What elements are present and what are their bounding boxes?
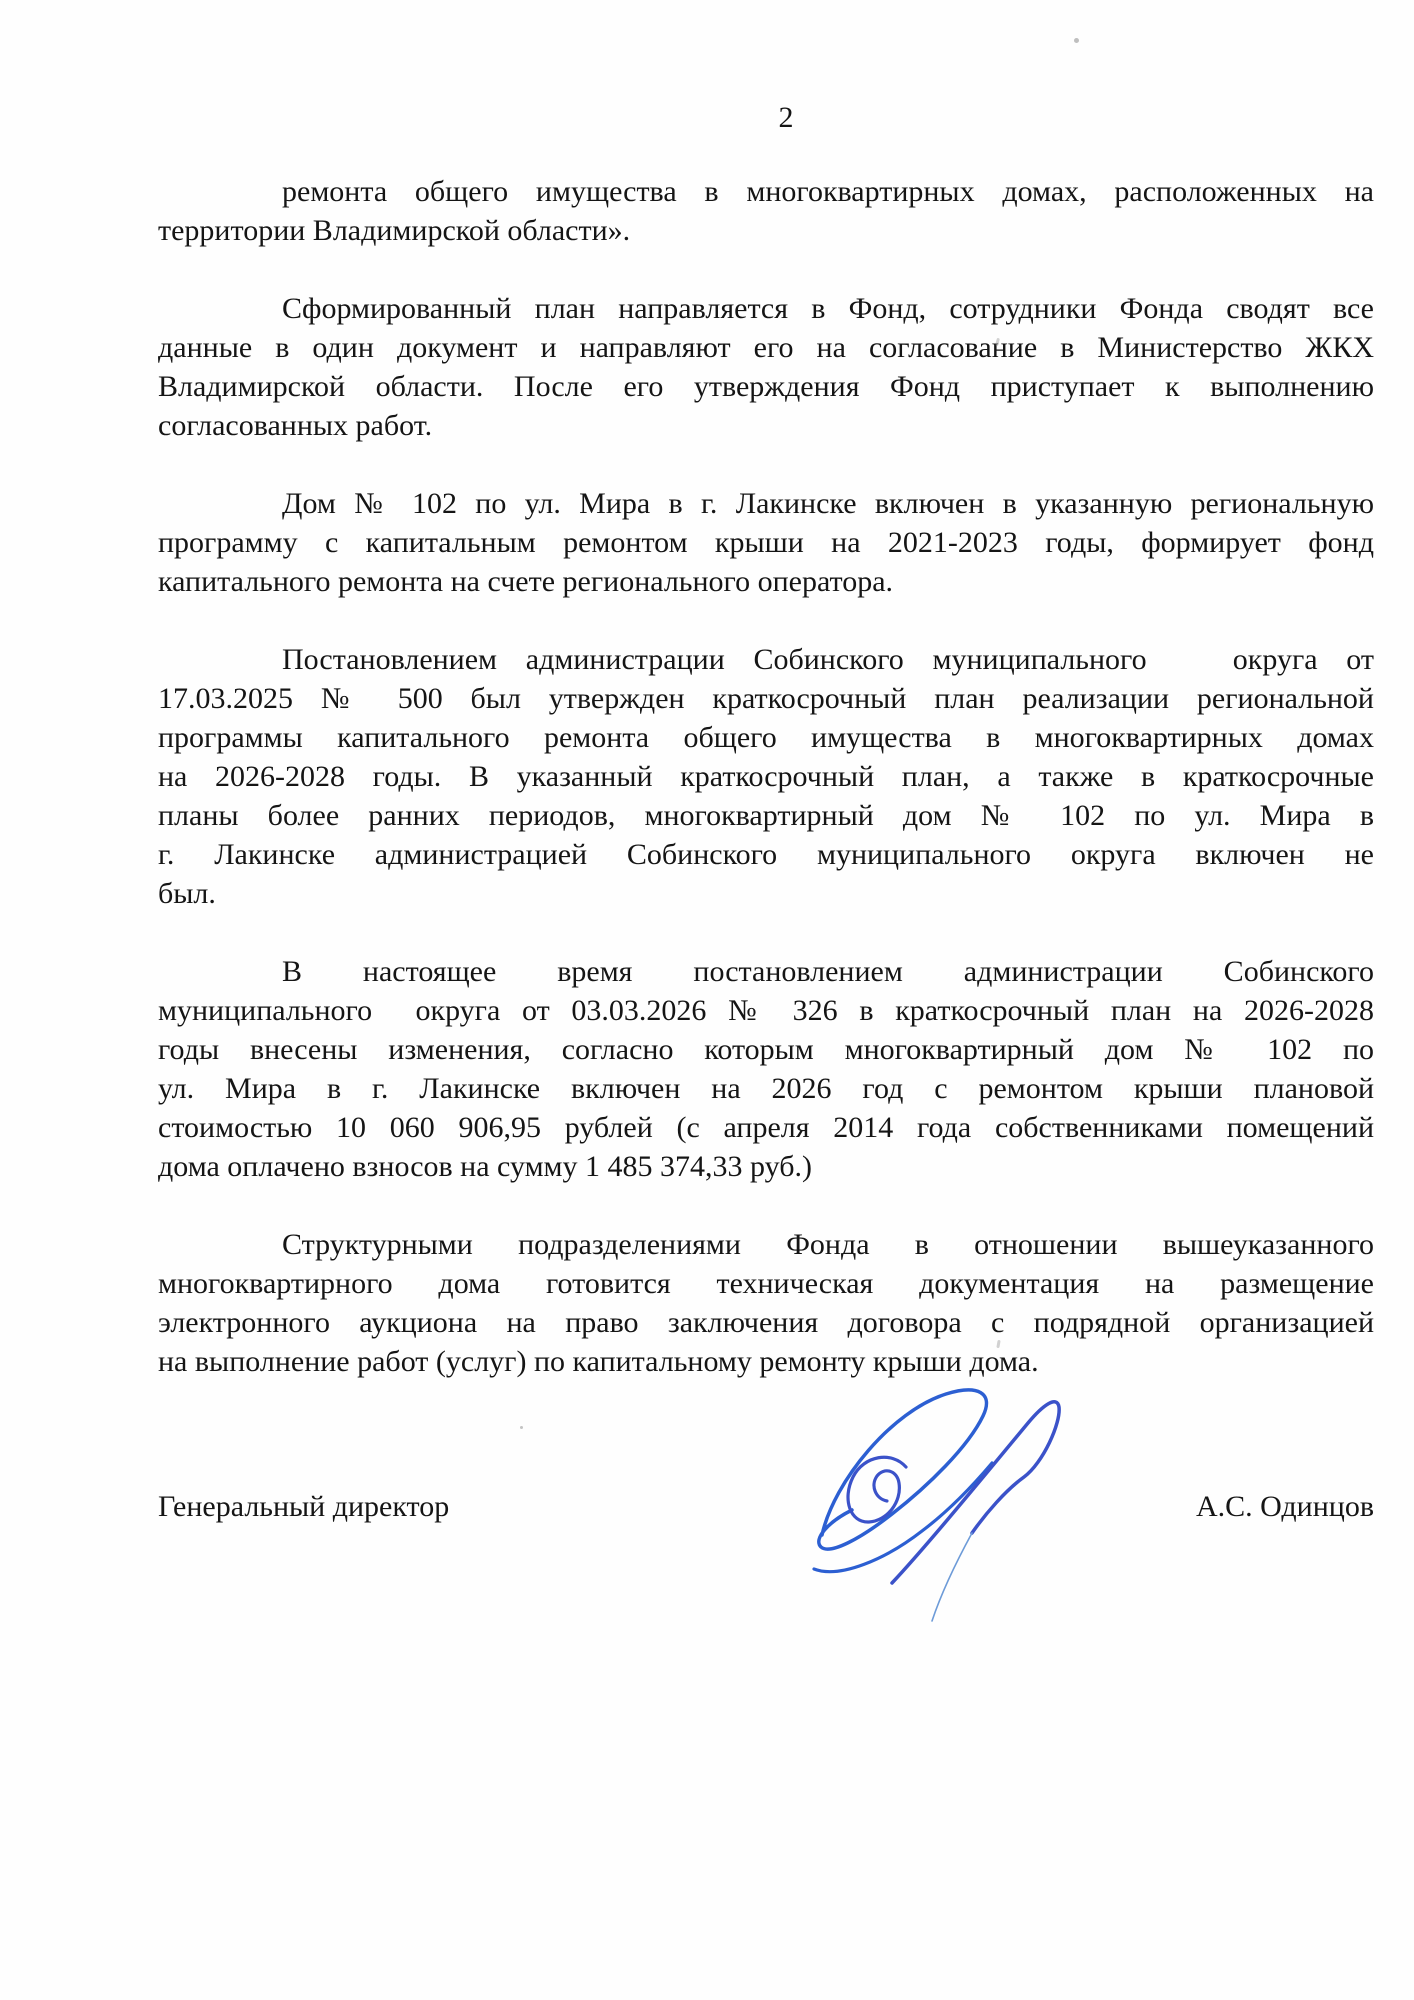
paragraph-line: ремонта общего имущества в многоквартирн…: [158, 172, 1374, 211]
paragraph-line: годы внесены изменения, согласно которым…: [158, 1030, 1374, 1069]
paragraph-line: данные в один документ и направляют его …: [158, 328, 1374, 367]
paragraph-line: программы капитального ремонта общего им…: [158, 718, 1374, 757]
paragraph-line: был.: [158, 874, 1374, 913]
paragraph: Постановлением администрации Собинского …: [158, 640, 1374, 913]
paragraph-line: капитального ремонта на счете региональн…: [158, 562, 1374, 601]
paragraph: ремонта общего имущества в многоквартирн…: [158, 172, 1374, 250]
paragraph-line: на выполнение работ (услуг) по капитальн…: [158, 1342, 1374, 1381]
paragraph-line: электронного аукциона на право заключени…: [158, 1303, 1374, 1342]
paragraph: В настоящее время постановлением админис…: [158, 952, 1374, 1186]
signature-stroke-tail: [932, 1533, 972, 1621]
paragraph-line: согласованных работ.: [158, 406, 1374, 445]
paragraph-line: Дом № 102 по ул. Мира в г. Лакинске вклю…: [158, 484, 1374, 523]
paragraph-line: Постановлением администрации Собинского …: [158, 640, 1374, 679]
paragraph: Сформированный план направляется в Фонд,…: [158, 289, 1374, 445]
scan-speck: [1074, 38, 1079, 43]
paragraph-line: планы более ранних периодов, многокварти…: [158, 796, 1374, 835]
paragraph-line: дома оплачено взносов на сумму 1 485 374…: [158, 1147, 1374, 1186]
paragraph-line: В настоящее время постановлением админис…: [158, 952, 1374, 991]
signature-stroke-big-loop: [819, 1390, 987, 1549]
paragraph-line: на 2026-2028 годы. В указанный краткосро…: [158, 757, 1374, 796]
paragraph-line: программу с капитальным ремонтом крыши н…: [158, 523, 1374, 562]
paragraph-line: территории Владимирской области».: [158, 211, 1374, 250]
page-number: 2: [158, 98, 1374, 137]
paragraph-line: Структурными подразделениями Фонда в отн…: [158, 1225, 1374, 1264]
signature-block: Генеральный директор А.С. Одинцов: [158, 1487, 1374, 1526]
signature-ink: [800, 1383, 1090, 1663]
paragraph-line: г. Лакинске администрацией Собинского му…: [158, 835, 1374, 874]
paragraph-line: Владимирской области. После его утвержде…: [158, 367, 1374, 406]
document-body: ремонта общего имущества в многоквартирн…: [158, 172, 1374, 1381]
paragraph: Дом № 102 по ул. Мира в г. Лакинске вклю…: [158, 484, 1374, 601]
paragraph-line: ул. Мира в г. Лакинске включен на 2026 г…: [158, 1069, 1374, 1108]
document-page: 2 ремонта общего имущества в многокварти…: [0, 0, 1414, 2000]
signatory-name: А.С. Одинцов: [1196, 1487, 1374, 1526]
signatory-role: Генеральный директор: [158, 1487, 449, 1526]
paragraph-line: стоимостью 10 060 906,95 рублей (с апрел…: [158, 1108, 1374, 1147]
paragraph-line: муниципального округа от 03.03.2026 № 32…: [158, 991, 1374, 1030]
paragraph-line: Сформированный план направляется в Фонд,…: [158, 289, 1374, 328]
paragraph-line: многоквартирного дома готовится техничес…: [158, 1264, 1374, 1303]
paragraph: Структурными подразделениями Фонда в отн…: [158, 1225, 1374, 1381]
document-content: 2 ремонта общего имущества в многокварти…: [158, 98, 1374, 1526]
paragraph-line: 17.03.2025 № 500 был утвержден краткосро…: [158, 679, 1374, 718]
scan-speck: [520, 1426, 523, 1429]
